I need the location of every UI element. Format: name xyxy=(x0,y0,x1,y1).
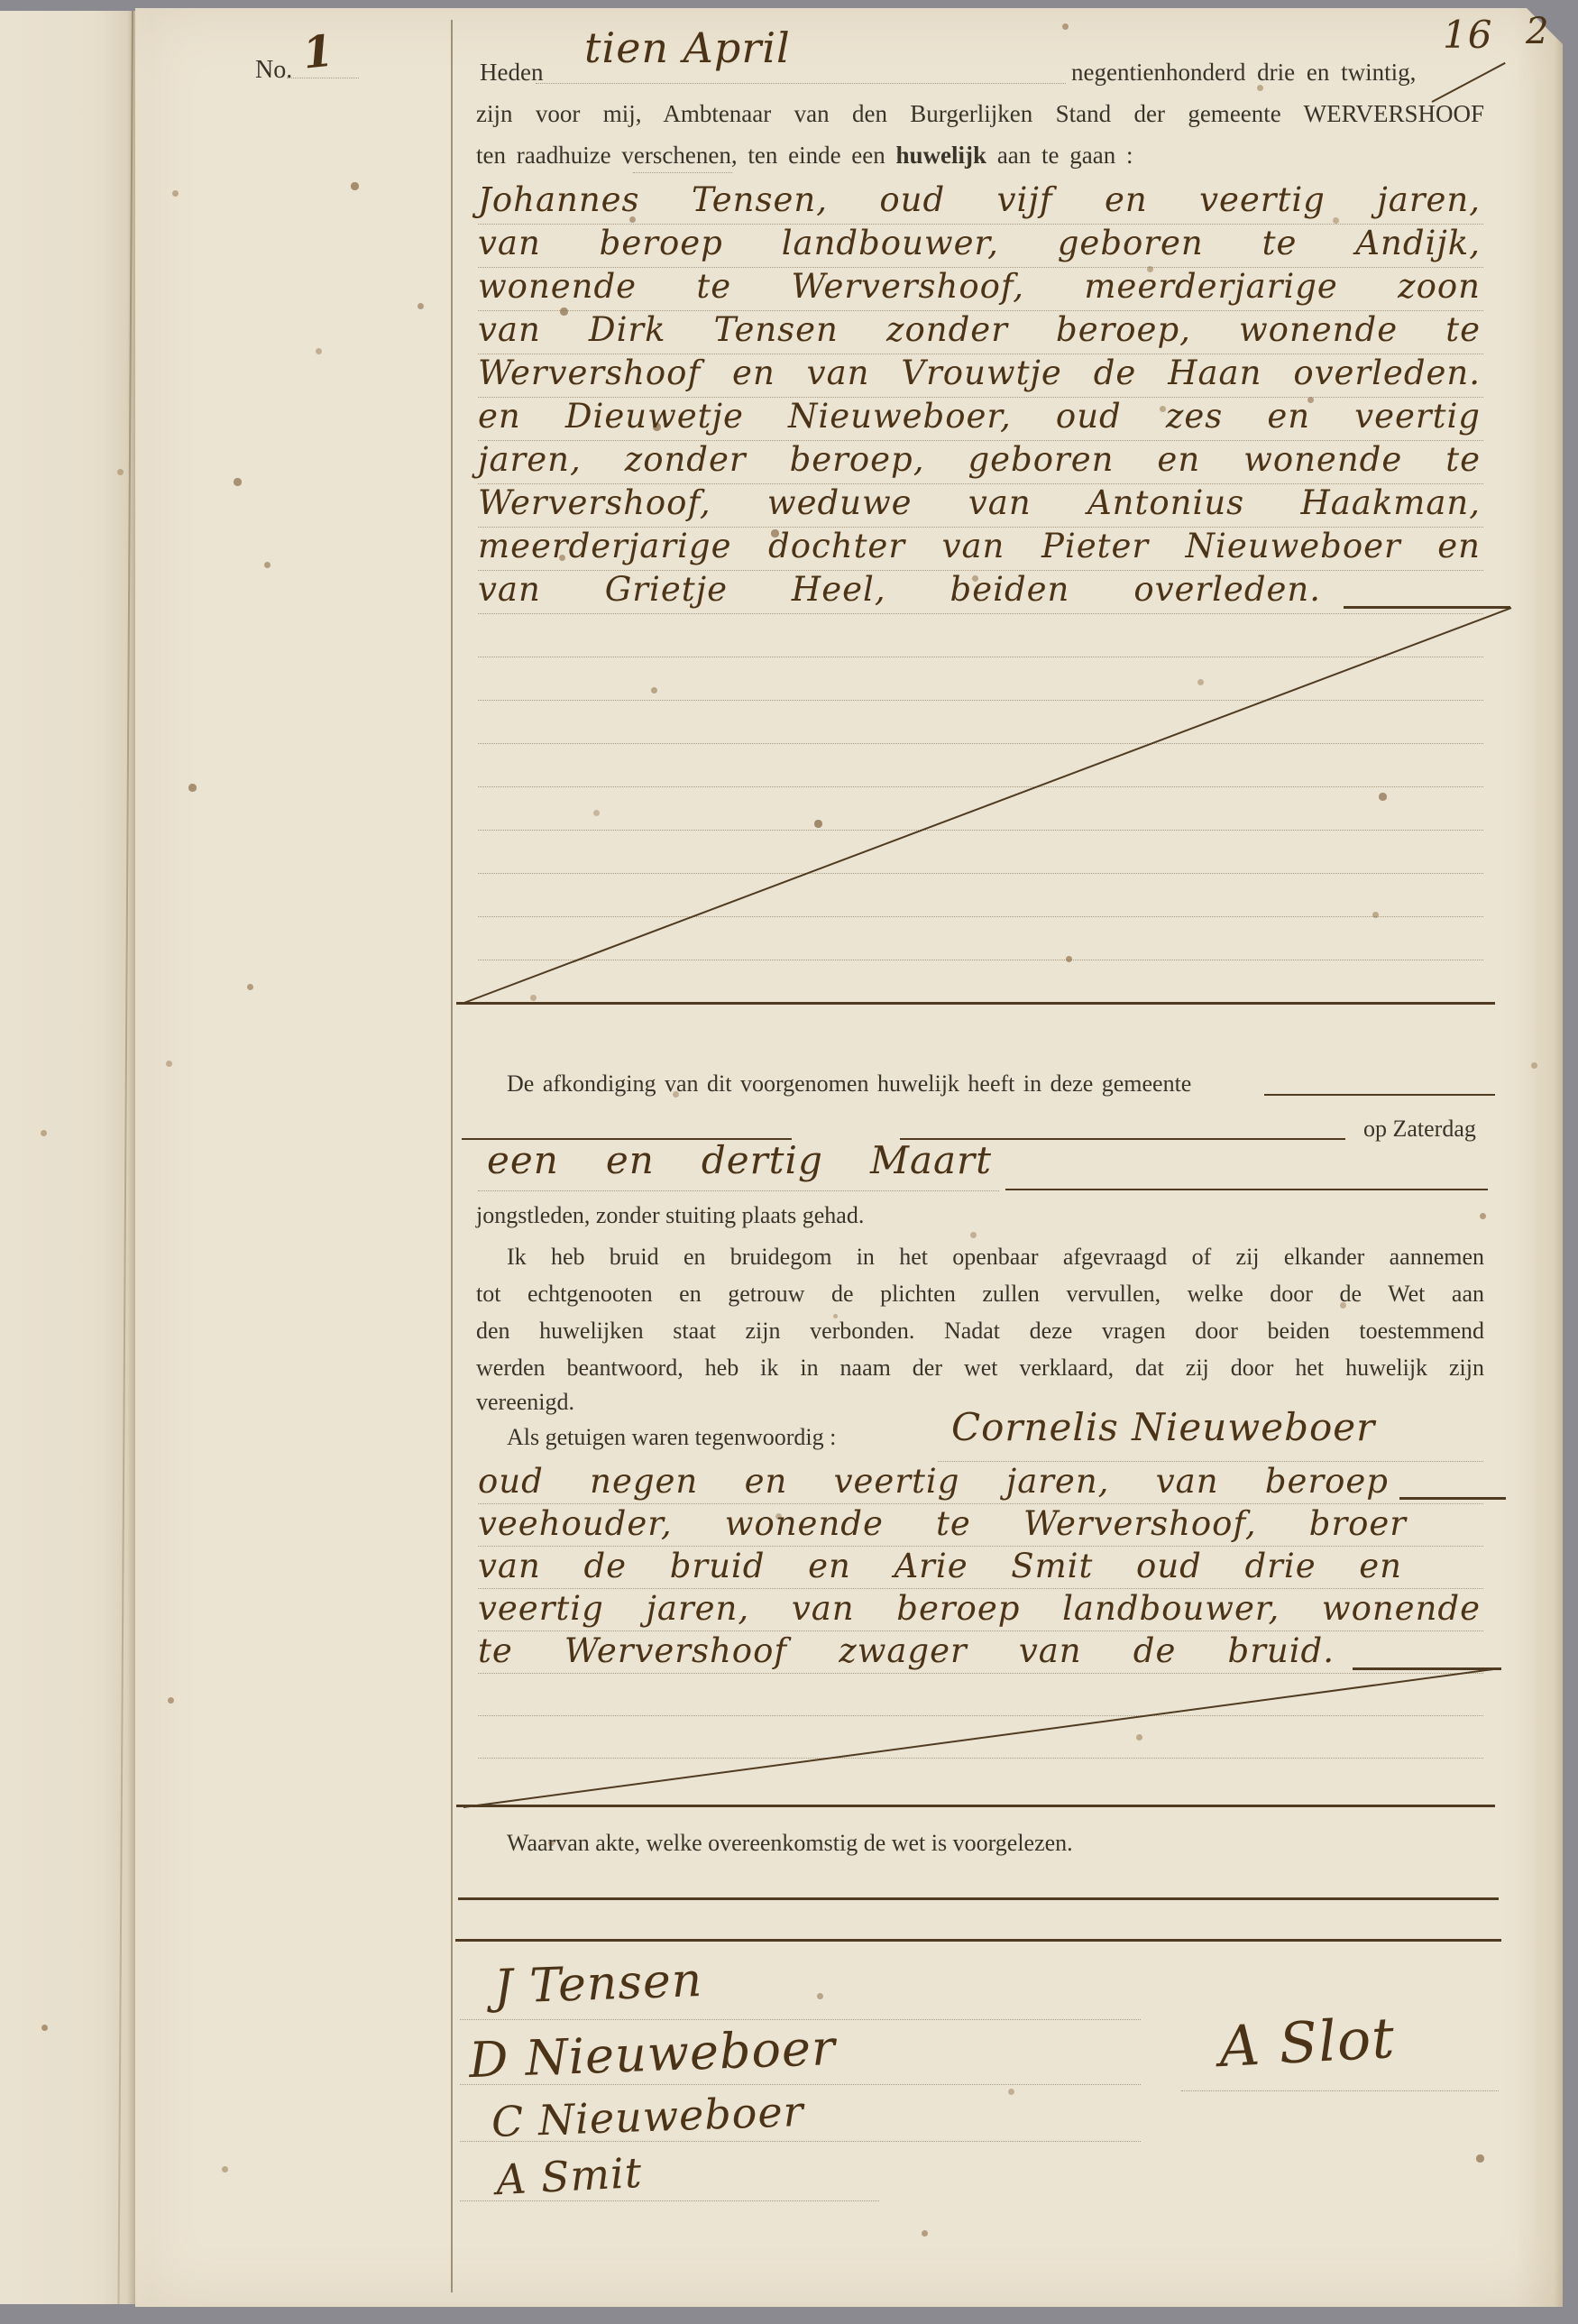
act-number-label: No. xyxy=(255,54,292,86)
dotted-rule xyxy=(536,83,1066,84)
dotted-rule xyxy=(478,613,1483,614)
vows-line: den huwelijken staat zijn verbonden. Nad… xyxy=(476,1317,1484,1346)
closing-statement: Waarvan akte, welke overeenkomstig de we… xyxy=(507,1829,1073,1859)
solid-fill-line xyxy=(1264,1094,1495,1096)
announcement-line1: De afkondiging van dit voorgenomen huwel… xyxy=(507,1070,1191,1099)
dotted-rule xyxy=(478,1715,1483,1716)
dotted-rule xyxy=(478,786,1483,787)
party-line: wonende te Wervershoof, meerderjarige zo… xyxy=(478,267,1481,306)
year-text: negentienhonderd drie en twintig, xyxy=(1071,58,1416,88)
solid-fill-line xyxy=(1399,1497,1506,1500)
witness-line: oud negen en veertig jaren, van beroep xyxy=(478,1462,1389,1501)
witness-line: veertig jaren, van beroep landbouwer, wo… xyxy=(478,1589,1481,1628)
dotted-rule xyxy=(478,873,1483,874)
solid-fill-line xyxy=(458,1897,1499,1900)
dotted-rule xyxy=(478,916,1483,917)
party-line: van Grietje Heel, beiden overleden. xyxy=(478,570,1321,609)
purpose-post: aan te gaan : xyxy=(986,142,1133,169)
witness-line: te Wervershoof zwager van de bruid. xyxy=(478,1631,1335,1670)
vows-line: Ik heb bruid en bruidegom in het openbaa… xyxy=(507,1243,1484,1272)
party-line: jaren, zonder beroep, geboren en wonende… xyxy=(478,440,1481,479)
announcement-line3: jongstleden, zonder stuiting plaats geha… xyxy=(476,1201,864,1231)
margin-vertical-rule xyxy=(451,20,453,2292)
dotted-rule xyxy=(478,960,1483,960)
witness-line: van de bruid en Arie Smit oud drie en xyxy=(478,1547,1402,1585)
dotted-rule xyxy=(478,830,1483,831)
heden-label: Heden xyxy=(480,58,543,88)
vows-line: tot echtgenooten en getrouw de plichten … xyxy=(476,1280,1484,1309)
purpose-huwelijk: huwelijk xyxy=(896,142,987,169)
signature-registrar: A Slot xyxy=(1217,2005,1397,2080)
dotted-rule xyxy=(478,1758,1483,1759)
marriage-date-handwritten: tien April xyxy=(584,23,791,72)
party-line: meerderjarige dochter van Pieter Nieuweb… xyxy=(478,527,1481,565)
solid-fill-line xyxy=(1005,1189,1488,1190)
header-line-officiant: zijn voor mij, Ambtenaar van den Burgerl… xyxy=(476,99,1484,130)
scanned-marriage-certificate: 16 2 No. 1 Heden tien April negentienhon… xyxy=(0,0,1578,2324)
party-line: en Dieuwetje Nieuweboer, oud zes en veer… xyxy=(478,397,1481,436)
purpose-pre: ten raadhuize verschenen, ten einde een xyxy=(476,142,896,169)
party-line: Johannes Tensen, oud vijf en veertig jar… xyxy=(478,180,1481,219)
dotted-rule xyxy=(287,78,359,78)
solid-fill-line xyxy=(456,1002,1495,1005)
witnesses-intro: Als getuigen waren tegenwoordig : xyxy=(507,1423,836,1453)
act-number-value: 1 xyxy=(300,25,336,78)
dotted-rule xyxy=(478,743,1483,744)
announcement-op-zaterdag: op Zaterdag xyxy=(1363,1115,1476,1144)
dotted-rule xyxy=(1181,2090,1499,2091)
party-line: Wervershoof, weduwe van Antonius Haakman… xyxy=(478,483,1481,522)
dotted-rule xyxy=(478,700,1483,701)
foxing-spots xyxy=(0,0,3,3)
vows-line: werden beantwoord, heb ik in naam der we… xyxy=(476,1354,1484,1383)
announcement-date-handwritten: een en dertig Maart xyxy=(487,1138,992,1182)
signature-groom: J Tensen xyxy=(493,1953,703,2015)
witness-first-name: Cornelis Nieuweboer xyxy=(951,1405,1375,1449)
previous-page-edge xyxy=(0,11,135,2304)
party-line: Wervershoof en van Vrouwtje de Haan over… xyxy=(478,354,1481,392)
solid-fill-line xyxy=(1344,606,1510,609)
dotted-rule xyxy=(478,1190,999,1191)
dotted-rule xyxy=(478,1673,1483,1674)
party-line: van Dirk Tensen zonder beroep, wonende t… xyxy=(478,310,1481,349)
signature-witness-2: A Smit xyxy=(495,2148,644,2204)
vows-line: vereenigd. xyxy=(476,1388,574,1418)
folio-number: 16 xyxy=(1443,13,1492,57)
witness-line: veehouder, wonende te Wervershoof, broer xyxy=(478,1504,1407,1543)
solid-fill-line xyxy=(455,1939,1501,1942)
dotted-rule xyxy=(633,172,732,173)
solid-fill-line xyxy=(456,1805,1495,1807)
header-line-purpose: ten raadhuize verschenen, ten einde een … xyxy=(476,141,1133,171)
dotted-rule xyxy=(478,657,1483,657)
page-number: 2 xyxy=(1526,11,1549,52)
party-line: van beroep landbouwer, geboren te Andijk… xyxy=(478,224,1481,262)
